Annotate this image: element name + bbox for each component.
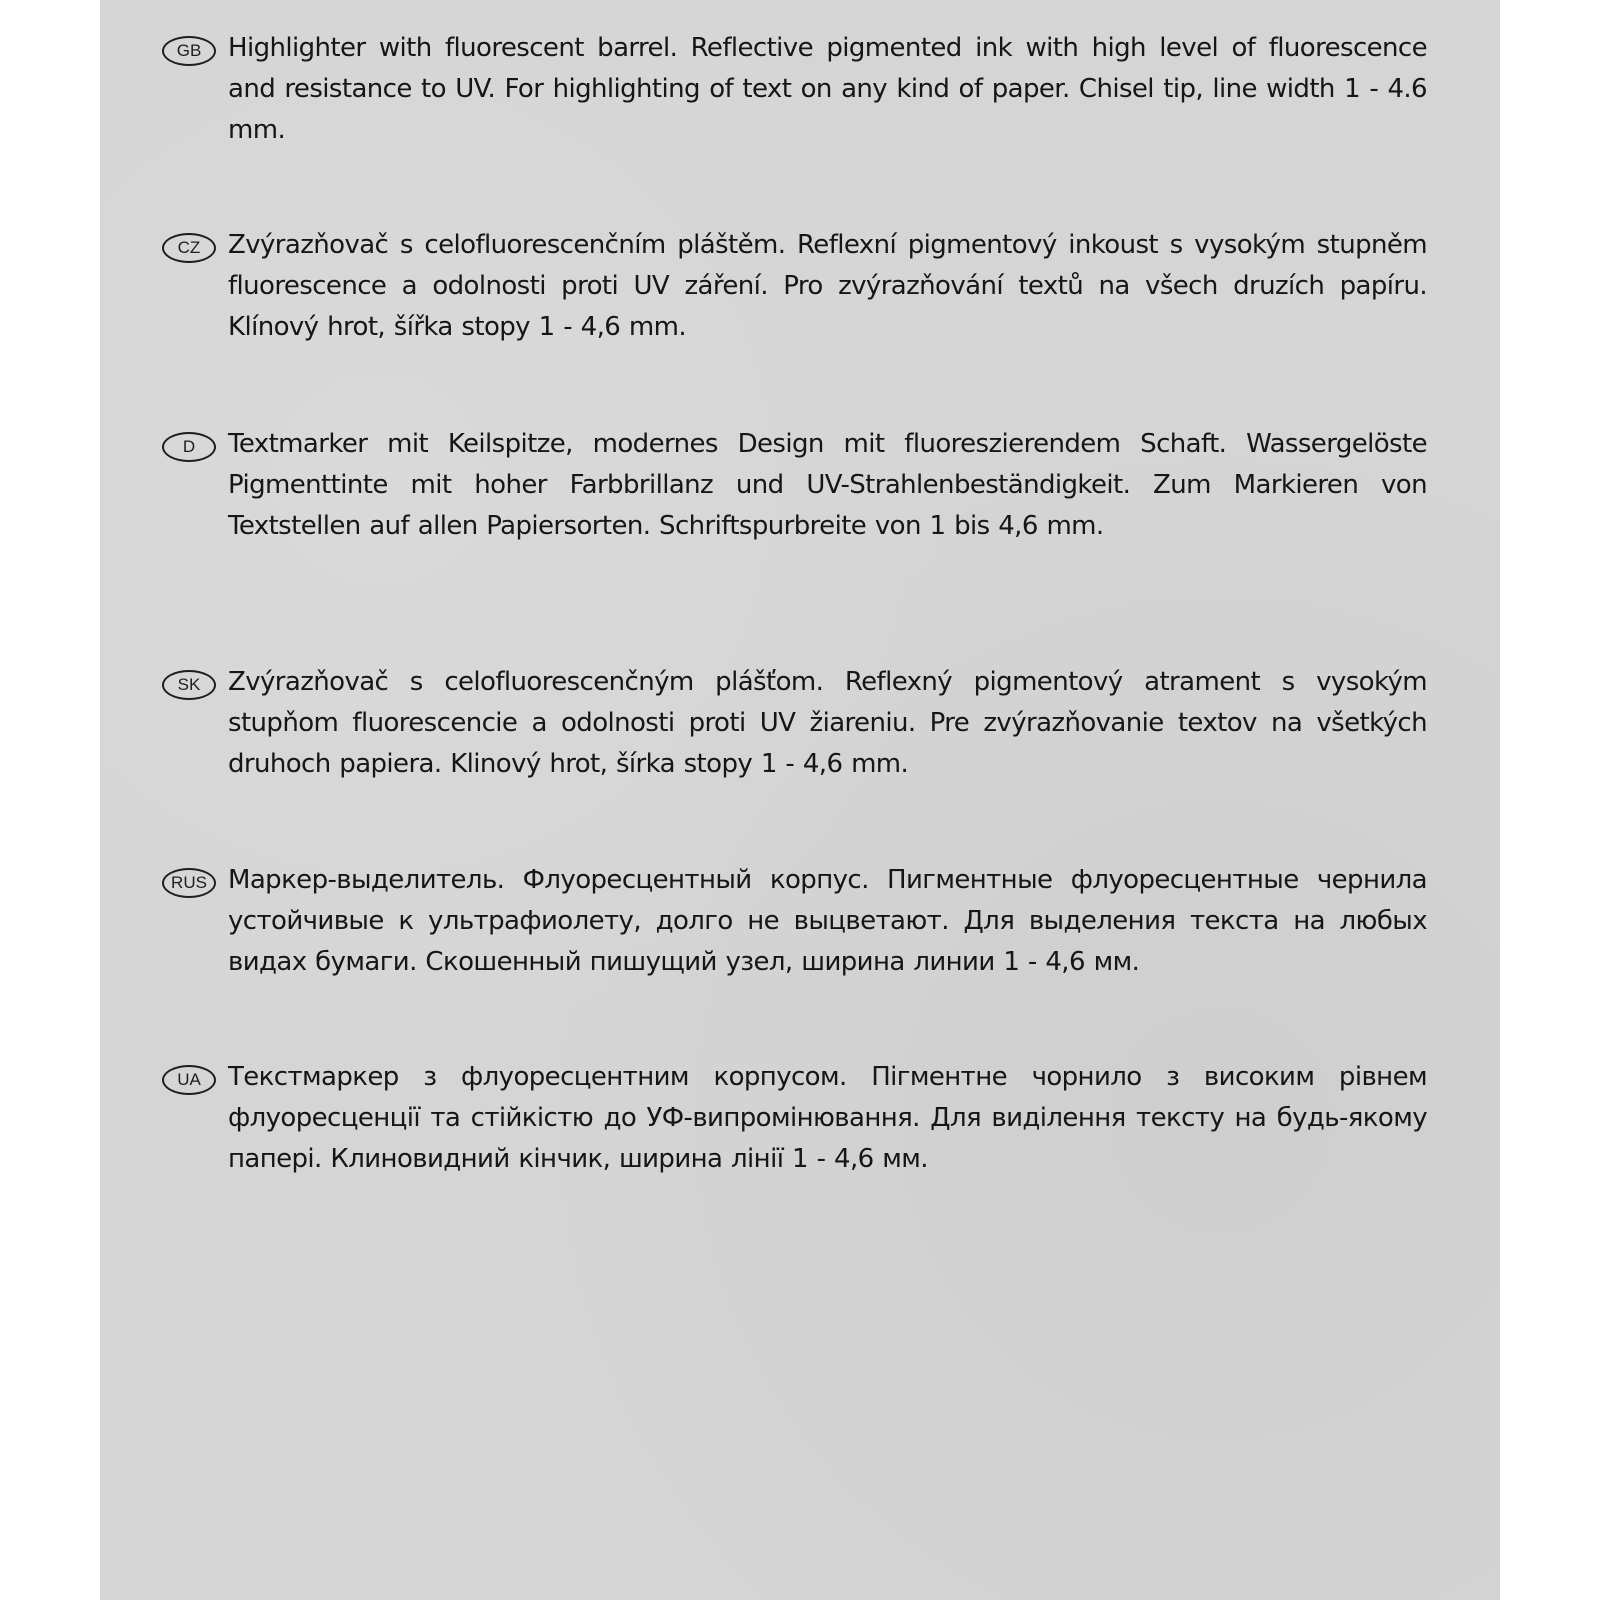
language-badge-ua: UA — [162, 1065, 216, 1095]
section-cz: CZ Zvýrazňovač s celofluorescenčním pláš… — [162, 225, 1427, 348]
section-text-cz: Zvýrazňovač s celofluorescenčním pláštěm… — [228, 225, 1427, 348]
section-text-ua: Текстмаркер з флуоресцентним корпусом. П… — [228, 1057, 1427, 1180]
section-text-d: Textmarker mit Keilspitze, modernes Desi… — [228, 424, 1427, 547]
section-rus: RUS Маркер-выделитель. Флуоресцентный ко… — [162, 860, 1427, 983]
language-badge-d: D — [162, 432, 216, 462]
section-text-sk: Zvýrazňovač s celofluorescenčným plášťom… — [228, 662, 1427, 785]
leaflet-sheet: GB Highlighter with fluorescent barrel. … — [100, 0, 1500, 1600]
section-text-rus: Маркер-выделитель. Флуоресцентный корпус… — [228, 860, 1427, 983]
language-badge-rus: RUS — [162, 868, 216, 898]
section-gb: GB Highlighter with fluorescent barrel. … — [162, 28, 1427, 151]
section-d: D Textmarker mit Keilspitze, modernes De… — [162, 424, 1427, 547]
language-badge-cz: CZ — [162, 233, 216, 263]
language-badge-sk: SK — [162, 670, 216, 700]
section-ua: UA Текстмаркер з флуоресцентним корпусом… — [162, 1057, 1427, 1180]
language-badge-gb: GB — [162, 36, 216, 66]
section-sk: SK Zvýrazňovač s celofluorescenčným pláš… — [162, 662, 1427, 785]
section-text-gb: Highlighter with fluorescent barrel. Ref… — [228, 28, 1427, 151]
